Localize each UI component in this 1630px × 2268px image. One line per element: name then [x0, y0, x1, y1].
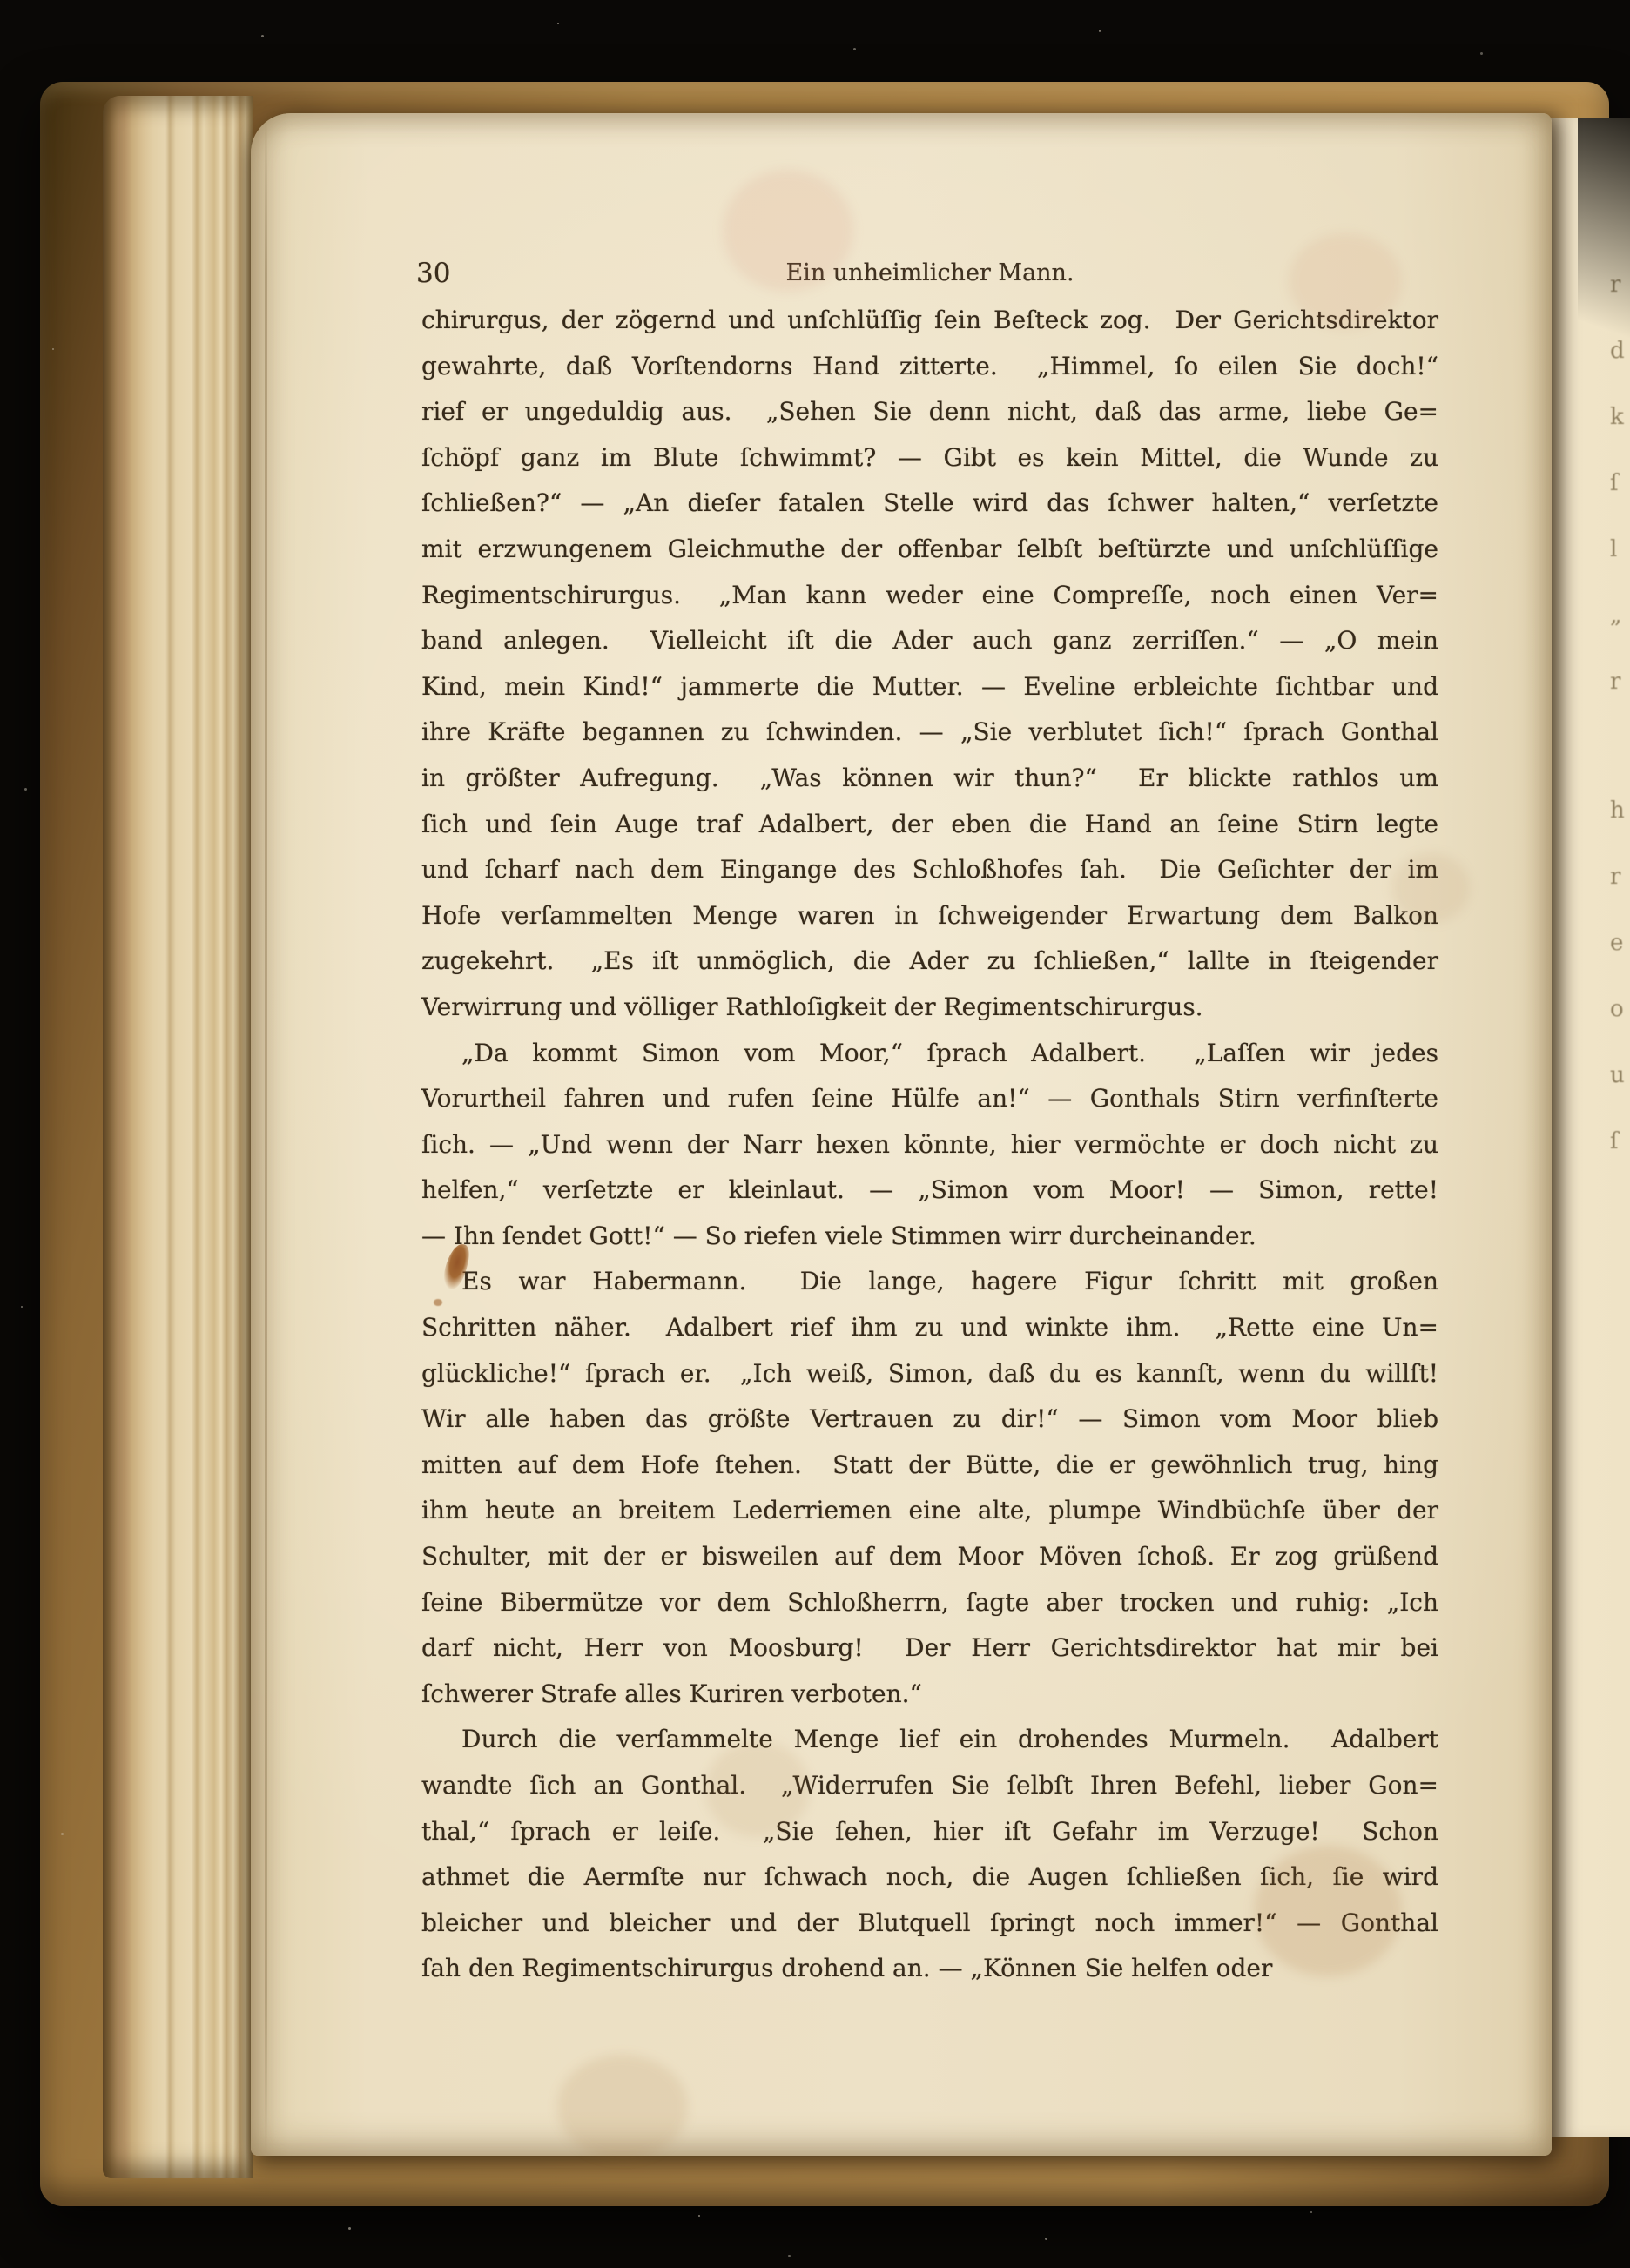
body-line: in größter Aufregung. „Was können wir th… [421, 756, 1438, 802]
dust-speck [261, 35, 264, 37]
body-line: mit erzwungenem Gleichmuthe der offenbar… [421, 527, 1438, 573]
dust-speck [1045, 2238, 1047, 2240]
body-line: gewahrte, daß Vorſtendorns Hand zitterte… [421, 344, 1438, 390]
edge-letter-fragment: l [1610, 538, 1630, 561]
body-line: ſich und ſein Auge traf Adalbert, der eb… [421, 802, 1438, 848]
ink-dot [434, 1299, 442, 1306]
edge-letter-fragment: o [1610, 998, 1630, 1020]
body-line: Vorurtheil fahren und rufen ſeine Hülfe … [421, 1076, 1438, 1122]
foxing-stain [705, 1741, 810, 1837]
body-line: Es war Habermann. Die lange, hagere Figu… [421, 1259, 1438, 1305]
body-line: rief er ungeduldig aus. „Sehen Sie denn … [421, 389, 1438, 435]
dust-speck [1480, 52, 1483, 55]
edge-letter-fragment: r [1610, 865, 1630, 888]
edge-letter-fragment: ſ [1610, 1130, 1630, 1153]
dust-speck [24, 788, 27, 791]
edge-letter-fragment: h [1610, 799, 1630, 822]
page-number: 30 [416, 251, 450, 296]
edge-letter-fragment: d [1610, 340, 1630, 362]
body-line: ihm heute an breitem Lederriemen eine al… [421, 1488, 1438, 1534]
foxing-stain [557, 2055, 688, 2159]
body-text: chirurgus, der zögernd und unſchlüſſig ſ… [421, 298, 1438, 1992]
page-text-area: 30 Ein unheimlicher Mann. chirurgus, der… [421, 113, 1438, 2156]
body-line: „Da kommt Simon vom Moor,“ ſprach Adalbe… [421, 1031, 1438, 1077]
dust-speck [853, 48, 856, 50]
body-line: Hofe verſammelten Menge waren in ſchweig… [421, 893, 1438, 939]
body-line: Schritten näher. Adalbert rief ihm zu un… [421, 1305, 1438, 1351]
dust-speck [21, 1306, 23, 1308]
book-page: 30 Ein unheimlicher Mann. chirurgus, der… [251, 113, 1552, 2156]
edge-letter-fragment: e [1610, 932, 1630, 954]
dust-speck [61, 1833, 64, 1835]
page-edge-stack [103, 96, 253, 2178]
body-line: ſeine Bibermütze vor dem Schloßherrn, ſa… [421, 1580, 1438, 1626]
body-line: ſich. — „Und wenn der Narr hexen könnte,… [421, 1122, 1438, 1168]
body-line: Regimentschirurgus. „Man kann weder eine… [421, 573, 1438, 619]
foxing-stain [1391, 853, 1470, 923]
body-line: Wir alle haben das größte Vertrauen zu d… [421, 1396, 1438, 1443]
edge-letter-fragment: u [1610, 1064, 1630, 1087]
edge-letter-fragment: „ [1610, 604, 1630, 627]
edge-letter-fragment: ſ [1610, 472, 1630, 495]
edge-letter-fragment: k [1610, 406, 1630, 428]
body-line: Durch die verſammelte Menge lief ein dro… [421, 1717, 1438, 1763]
dust-speck [788, 2255, 791, 2257]
body-line: ſchöpf ganz im Blute ſchwimmt? — Gibt es… [421, 435, 1438, 481]
foxing-stain [1289, 233, 1402, 329]
body-line: band anlegen. Vielleicht iſt die Ader au… [421, 618, 1438, 664]
body-line: Verwirrung und völliger Rathloſigkeit de… [421, 985, 1438, 1031]
body-line: helfen,“ verſetzte er kleinlaut. — „Simo… [421, 1168, 1438, 1214]
body-line: Schulter, mit der er bisweilen auf dem M… [421, 1534, 1438, 1580]
dust-speck [1310, 2211, 1312, 2213]
foxing-stain [723, 170, 853, 292]
body-line: chirurgus, der zögernd und unſchlüſſig ſ… [421, 298, 1438, 344]
body-line: darf nicht, Herr von Moosburg! Der Herr … [421, 1625, 1438, 1672]
body-line: ſchwerer Strafe alles Kuriren verboten.“ [421, 1672, 1438, 1718]
body-line: zugekehrt. „Es iſt unmöglich, die Ader z… [421, 939, 1438, 985]
dust-speck [698, 2215, 700, 2217]
body-line: Kind, mein Kind!“ jammerte die Mutter. —… [421, 664, 1438, 710]
body-line: wandte ſich an Gonthal. „Widerrufen Sie … [421, 1763, 1438, 1809]
body-line: ſchließen?“ — „An dieſer fatalen Stelle … [421, 481, 1438, 527]
body-line: — Ihn ſendet Gott!“ — So riefen viele St… [421, 1214, 1438, 1260]
dust-speck [348, 2227, 351, 2230]
body-line: mitten auf dem Hofe ſtehen. Statt der Bü… [421, 1443, 1438, 1489]
body-line: und ſcharf nach dem Eingange des Schloßh… [421, 847, 1438, 893]
edge-letter-fragment: r [1610, 670, 1630, 693]
foxing-stain [1254, 1846, 1402, 1976]
dust-speck [1099, 30, 1101, 32]
dust-speck [52, 348, 54, 350]
body-line: thal,“ ſprach er leiſe. „Sie ſehen, hier… [421, 1809, 1438, 1855]
book-photo-scene: r d k ſ l „ r h r e o u ſ 30 Ein unheiml… [0, 0, 1630, 2268]
body-line: ihre Kräfte begannen zu ſchwinden. — „Si… [421, 710, 1438, 756]
edge-letter-fragment: r [1610, 273, 1630, 296]
body-line: glückliche!“ ſprach er. „Ich weiß, Simon… [421, 1351, 1438, 1397]
next-page-edge: r d k ſ l „ r h r e o u ſ [1546, 118, 1630, 2137]
dust-speck [557, 23, 559, 24]
